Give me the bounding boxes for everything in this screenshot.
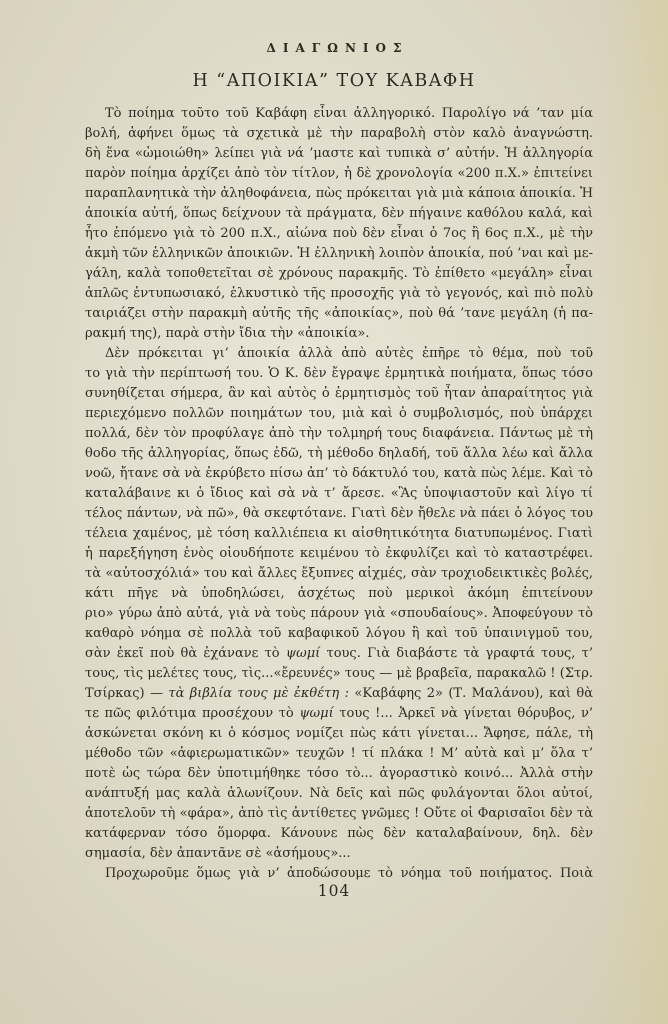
text-line: μέθοδο τῶν «ἀφιερωματικῶν» τευχῶν ! τί π… — [85, 744, 593, 764]
text-line: δὴ ἕνα «ὡμοιώθη» λείπει γιὰ νά ’μαστε κα… — [85, 144, 593, 164]
text-line: ἡ παρεξήγηση ἑνὸς οἱουδήποτε κειμένου τὸ… — [85, 544, 593, 564]
text-line: πολλά, δὲν τὸν προφύλαγε ἀπὸ τὴν τολμηρή… — [85, 424, 593, 444]
body-text: Τὸ ποίημα τοῦτο τοῦ Καβάφη εἶναι ἀλληγορ… — [85, 104, 593, 884]
text-line: ανάπτυξή μας καλὰ ἁλωνίζουν. Νὰ δεῖς καὶ… — [85, 784, 593, 804]
text-line: καταλάβαινε κι ὁ ἴδιος καὶ σὰ νὰ τ’ ἄρεσ… — [85, 484, 593, 504]
text-line: ἀσκώνεται σκόνη κι ὁ κόσμος νομίζει πὼς … — [85, 724, 593, 744]
text-line: ρακμή της), παρὰ στὴν ἴδια τὴν «ἀποικία»… — [85, 324, 593, 344]
text-line: ἦτο ἑπόμενο γιὰ τὸ 200 π.Χ., αἰώνα ποὺ δ… — [85, 224, 593, 244]
text-line: γάλη, καλὰ τοποθετεῖται σὲ χρόνους παρακ… — [85, 264, 593, 284]
text-line: Δὲν πρόκειται γι’ ἀποικία ἀλλὰ ἀπὸ αὐτὲς… — [85, 344, 593, 364]
italic-emphasis: ψωμί — [299, 706, 333, 721]
italic-emphasis: τὰ βιβλία τους μὲ ἐκθέτη : — [168, 686, 349, 701]
text-line: τε πῶς φιλότιμα προσέχουν τὸ ψωμί τους !… — [85, 704, 593, 724]
text-line: ἀποτελοῦν τὴ «φάρα», ἀπὸ τὶς ἀντίθετες γ… — [85, 804, 593, 824]
text-line: σημασία, δὲν ἀπαντᾶνε σὲ «ἀσήμους»... — [85, 844, 593, 864]
text-segment: σὰν ἐκεῖ ποὺ θὰ ἐχάνανε τὸ — [85, 646, 286, 661]
text-line: κατάφερναν τόσο ὅμορφα. Κάνουνε πὼς δὲν … — [85, 824, 593, 844]
text-line: ἀποικία αὐτή, ὅπως δείχνουν τὰ πράγματα,… — [85, 204, 593, 224]
text-line: το γιὰ τὴν περίπτωσή του. Ὁ Κ. δὲν ἔγραψ… — [85, 364, 593, 384]
page-title: Η “ΑΠΟΙΚΙΑ” ΤΟΥ ΚΑΒΑΦΗ — [0, 71, 668, 91]
text-line: Τσίρκας) — τὰ βιβλία τους μὲ ἐκθέτη : «Κ… — [85, 684, 593, 704]
text-line: ἁπλῶς ἐντυπωσιακό, ἑλκυστικὸ τῆς προσοχῆ… — [85, 284, 593, 304]
text-segment: τους !... Ἀρκεῖ νὰ γίνεται θόρυβος, ν’ — [334, 706, 593, 721]
text-line: Προχωροῦμε ὅμως γιὰ ν’ ἀποδώσουμε τὸ νόη… — [85, 864, 593, 884]
text-line: συνηθίζεται σήμερα, ἂν καὶ αὐτὸς ὁ ἑρμητ… — [85, 384, 593, 404]
text-line: ριο» γύρω ἀπὸ αὐτά, γιὰ νὰ τοὺς πάρουν γ… — [85, 604, 593, 624]
text-segment: τε πῶς φιλότιμα προσέχουν τὸ — [85, 706, 299, 721]
text-line: τέλος πάντων, νὰ πῶ», θὰ σκεφτότανε. Για… — [85, 504, 593, 524]
text-line: περιεχόμενο πολλῶν ποιημάτων του, μιὰ κα… — [85, 404, 593, 424]
text-line: ταιριάζει στὴν παρακμὴ αὐτῆς τῆς «ἀποικί… — [85, 304, 593, 324]
text-line: ἀκμὴ τῶν ἑλληνικῶν ἀποικιῶν. Ἡ ἑλληνικὴ … — [85, 244, 593, 264]
text-line: παραπλανητικὰ τὴν ἀληθοφάνεια, πὼς πρόκε… — [85, 184, 593, 204]
scanned-book-page: ΔΙΑΓΩΝΙΟΣ Η “ΑΠΟΙΚΙΑ” ΤΟΥ ΚΑΒΑΦΗ Τὸ ποίη… — [0, 0, 668, 1024]
running-head: ΔΙΑΓΩΝΙΟΣ — [0, 41, 668, 55]
text-line: καθαρὸ νόημα σὲ πολλὰ τοῦ καβαφικοῦ λόγο… — [85, 624, 593, 644]
text-line: τέλεια χαμένος, μὲ τόση καλλιέπεια κι αἰ… — [85, 524, 593, 544]
text-line: θοδο τῆς ἀλληγορίας, ὅπως ἐδῶ, τὴ μέθοδο… — [85, 444, 593, 464]
text-line: τους, τὶς μελέτες τους, τὶς...«ἔρευνές» … — [85, 664, 593, 684]
text-line: ποτὲ ὡς τώρα δὲν ὑποτιμήθηκε τόσο τὸ... … — [85, 764, 593, 784]
text-line: Τὸ ποίημα τοῦτο τοῦ Καβάφη εἶναι ἀλληγορ… — [85, 104, 593, 124]
text-line: κάτι πῆγε νὰ ὑποδηλώσει, ἀσχέτως ποὺ μερ… — [85, 584, 593, 604]
text-line: σὰν ἐκεῖ ποὺ θὰ ἐχάνανε τὸ ψωμί τους. Γι… — [85, 644, 593, 664]
text-line: βολή, ἀφήνει ὅμως τὰ σχετικὰ μὲ τὴν παρα… — [85, 124, 593, 144]
text-line: παρὸν ποίημα ἀρχίζει ἀπὸ τὸν τίτλον, ἡ δ… — [85, 164, 593, 184]
text-segment: Τσίρκας) — — [85, 686, 168, 701]
text-line: τὰ «αὐτοσχόλιά» του καὶ ἄλλες ἔξυπνες αἰ… — [85, 564, 593, 584]
italic-emphasis: ψωμί — [286, 646, 320, 661]
page-number: 104 — [0, 882, 668, 900]
text-line: νοῶ, ἤτανε σὰ νὰ ἐκρύβετο πίσω ἀπ’ τὸ δά… — [85, 464, 593, 484]
